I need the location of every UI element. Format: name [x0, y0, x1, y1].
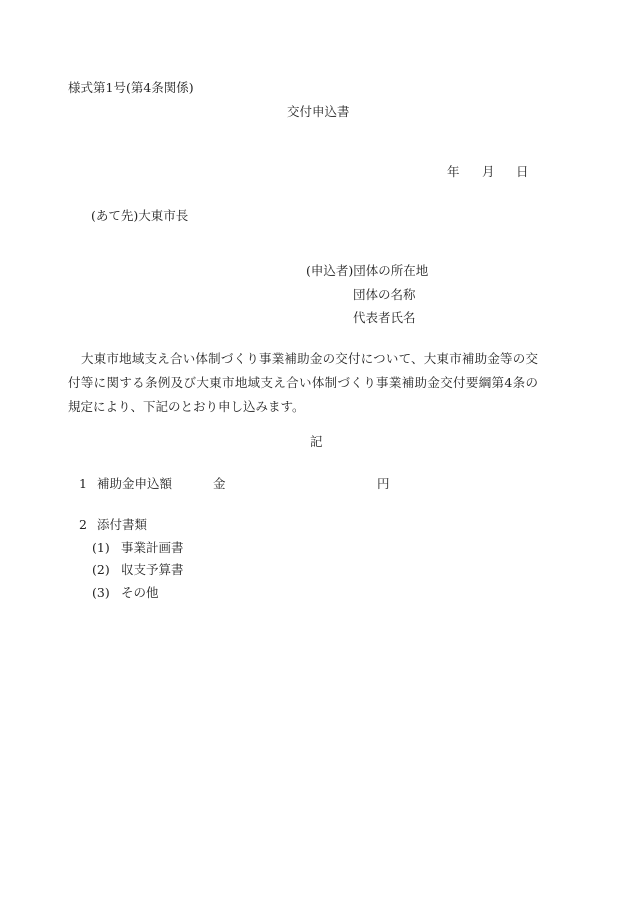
ki-heading: 記: [310, 436, 323, 449]
item-number: 1: [79, 478, 87, 491]
date-year: 年: [447, 166, 460, 179]
body-paragraph: 大東市地域支え合い体制づくり事業補助金の交付について、大東市補助金等の交付等に関…: [68, 347, 538, 419]
sub-item-label: 収支予算書: [121, 564, 184, 577]
form-number: 様式第1号(第4条関係): [68, 82, 194, 95]
sub-item-number: (1): [92, 542, 110, 555]
applicant-name-label: 団体の名称: [353, 289, 416, 302]
item-number: 2: [79, 519, 87, 532]
applicant-representative-label: 代表者氏名: [353, 312, 416, 325]
date-day: 日: [516, 166, 529, 179]
applicant-address-label: (申込者)団体の所在地: [306, 265, 428, 278]
item-label: 補助金申込額: [97, 478, 172, 491]
amount-suffix: 円: [377, 478, 390, 491]
amount-prefix: 金: [213, 478, 226, 491]
date-month: 月: [482, 166, 495, 179]
document-title: 交付申込書: [287, 106, 350, 119]
item-label: 添付書類: [97, 519, 147, 532]
sub-item-label: 事業計画書: [121, 542, 184, 555]
sub-item-number: (2): [92, 564, 110, 577]
sub-item-number: (3): [92, 587, 110, 600]
addressee: (あて先)大東市長: [91, 210, 188, 223]
sub-item-label: その他: [121, 587, 159, 600]
